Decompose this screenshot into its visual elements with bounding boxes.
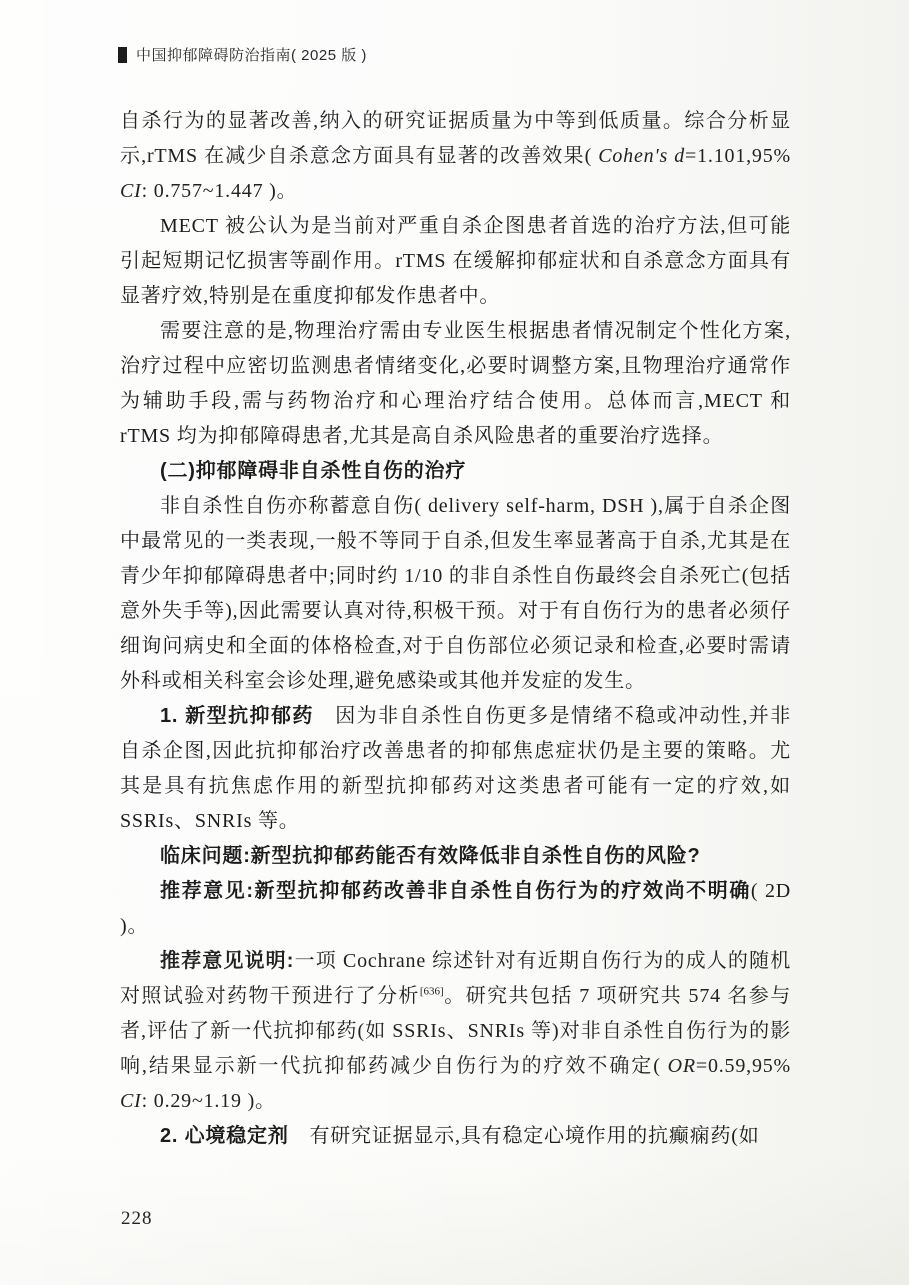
- text-run: 推荐意见说明:: [160, 950, 294, 972]
- document-body: 自杀行为的显著改善,纳入的研究证据质量为中等到低质量。综合分析显示,rTMS 在…: [120, 104, 791, 1154]
- text-run: 2. 心境稳定剂: [160, 1125, 289, 1147]
- para-rtms-suicidal-ideation-result: 自杀行为的显著改善,纳入的研究证据质量为中等到低质量。综合分析显示,rTMS 在…: [120, 104, 791, 209]
- para-clinical-question: 临床问题:新型抗抑郁药能否有效降低非自杀性自伤的风险?: [120, 839, 791, 874]
- text-run: 有研究证据显示,具有稳定心境作用的抗癫痫药(如: [289, 1125, 760, 1147]
- text-run: 1. 新型抗抑郁药: [160, 705, 314, 727]
- text-run: 需要注意的是,物理治疗需由专业医生根据患者情况制定个性化方案,治疗过程中应密切监…: [120, 320, 791, 447]
- text-run: MECT 被公认为是当前对严重自杀企图患者首选的治疗方法,但可能引起短期记忆损害…: [120, 215, 791, 307]
- para-nssi-definition: 非自杀性自伤亦称蓄意自伤( delivery self-harm, DSH ),…: [120, 489, 791, 699]
- para-mect-first-choice: MECT 被公认为是当前对严重自杀企图患者首选的治疗方法,但可能引起短期记忆损害…: [120, 209, 791, 314]
- text-run: Cohen's d: [598, 145, 685, 167]
- page-footer: 228: [121, 1208, 153, 1230]
- text-run: 非自杀性自伤亦称蓄意自伤( delivery self-harm, DSH ),…: [120, 495, 791, 692]
- page-header: 中国抑郁障碍防治指南( 2025 版 ): [118, 44, 367, 65]
- text-run: =0.59,95%: [696, 1055, 791, 1077]
- text-run: : 0.757~1.447 )。: [142, 180, 298, 202]
- text-run: (二)抑郁障碍非自杀性自伤的治疗: [160, 460, 466, 482]
- para-recommendation: 推荐意见:新型抗抑郁药改善非自杀性自伤行为的疗效尚不明确( 2D )。: [120, 874, 791, 944]
- running-head-title: 中国抑郁障碍防治指南( 2025 版 ): [136, 44, 367, 65]
- text-run: : 0.29~1.19 )。: [142, 1090, 276, 1112]
- book-page: 中国抑郁障碍防治指南( 2025 版 ) 自杀行为的显著改善,纳入的研究证据质量…: [0, 0, 909, 1285]
- para-recommendation-note: 推荐意见说明:一项 Cochrane 综述针对有近期自伤行为的成人的随机对照试验…: [120, 944, 791, 1119]
- para-item2-mood-stabilizers: 2. 心境稳定剂 有研究证据显示,具有稳定心境作用的抗癫痫药(如: [120, 1119, 791, 1154]
- section-heading-nssi-treatment: (二)抑郁障碍非自杀性自伤的治疗: [120, 454, 791, 489]
- para-physical-therapy-precautions: 需要注意的是,物理治疗需由专业医生根据患者情况制定个性化方案,治疗过程中应密切监…: [120, 314, 791, 454]
- text-run: 推荐意见:新型抗抑郁药改善非自杀性自伤行为的疗效尚不明确: [160, 880, 751, 902]
- para-item1-new-antidepressants: 1. 新型抗抑郁药 因为非自杀性自伤更多是情绪不稳或冲动性,并非自杀企图,因此抗…: [120, 699, 791, 839]
- text-run: CI: [120, 1090, 142, 1112]
- text-run: OR: [668, 1055, 696, 1077]
- section-marker-icon: [118, 47, 127, 63]
- reference-superscript: [636]: [420, 985, 444, 997]
- text-run: 临床问题:新型抗抑郁药能否有效降低非自杀性自伤的风险?: [160, 845, 700, 867]
- text-run: =1.101,95%: [685, 145, 791, 167]
- page-number: 228: [121, 1208, 153, 1229]
- text-run: CI: [120, 180, 142, 202]
